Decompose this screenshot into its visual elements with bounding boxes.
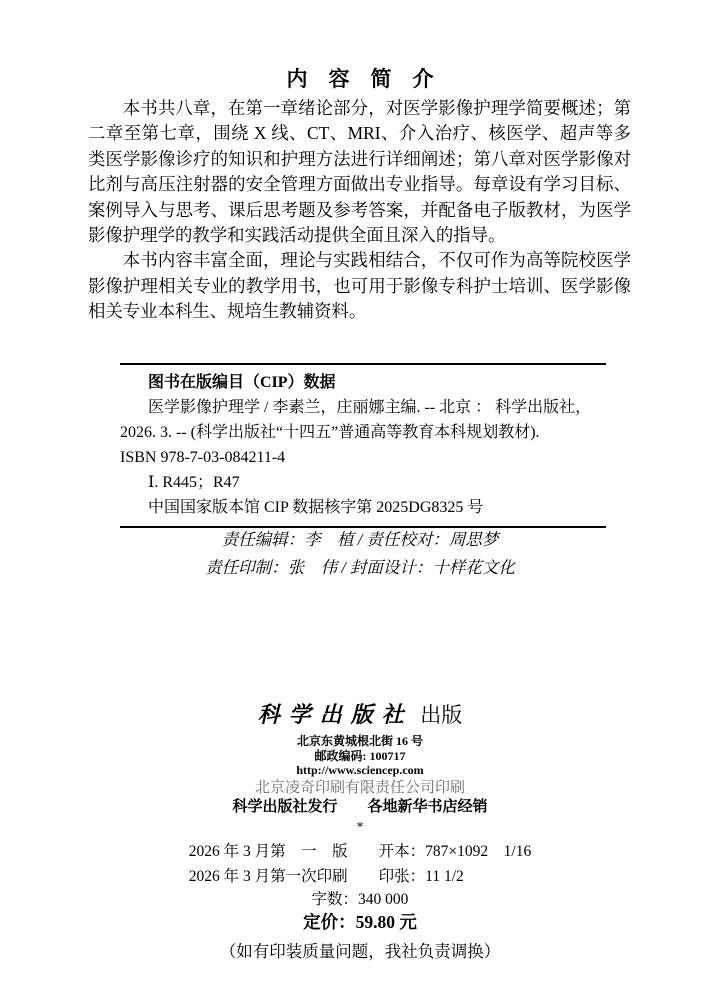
content-intro-title: 内 容 简 介 <box>0 63 720 93</box>
publisher-logo-line: 科学出版社 出版 <box>0 700 720 730</box>
separator-star: * <box>0 820 720 836</box>
cip-entry-line-1: 医学影像护理学 / 李素兰，庄丽娜主编. -- 北京 ： 科学出版社， <box>120 395 606 420</box>
editor-credit-line: 责任编辑：李 植 / 责任校对：周思梦 <box>0 526 720 554</box>
price-line: 定价：59.80 元 <box>0 911 720 934</box>
cip-record-number: 中国国家版本馆 CIP 数据核字第 2025DG8325 号 <box>120 495 606 520</box>
quality-note: （如有印装质量问题，我社负责调换） <box>0 941 720 963</box>
cip-heading: 图书在版编目（CIP）数据 <box>120 370 606 395</box>
cip-isbn: ISBN 978-7-03-084211-4 <box>120 445 606 470</box>
publisher-website: http://www.sciencep.com <box>0 763 720 777</box>
staff-credits: 责任编辑：李 植 / 责任校对：周思梦 责任印制：张 伟 / 封面设计：十样花文… <box>0 526 720 582</box>
intro-paragraph-2: 本书内容丰富全面，理论与实践相结合，不仅可作为高等院校医学影像护理相关专业的教学… <box>88 248 631 324</box>
intro-paragraph-1: 本书共八章，在第一章绪论部分，对医学影像护理学简要概述；第二章至第七章，围绕 X… <box>88 96 631 248</box>
printer-line: 北京凌奇印刷有限责任公司印刷 <box>0 779 720 798</box>
edition-lines: 2026 年 3 月第 一 版 开本：787×1092 1/16 2026 年 … <box>189 839 531 889</box>
cip-entry-line-2: 2026. 3. -- (科学出版社“十四五”普通高等教育本科规划教材). <box>120 420 606 445</box>
publisher-postcode: 邮政编码: 100717 <box>0 749 720 763</box>
publisher-logo: 科学出版社 <box>258 702 413 727</box>
printing-credit-line: 责任印制：张 伟 / 封面设计：十样花文化 <box>0 554 720 582</box>
word-count: 字数：340 000 <box>0 889 720 911</box>
edition-info: 2026 年 3 月第 一 版 开本：787×1092 1/16 2026 年 … <box>0 836 720 889</box>
content-intro-body: 本书共八章，在第一章绪论部分，对医学影像护理学简要概述；第二章至第七章，围绕 X… <box>88 96 631 325</box>
cip-classification: Ⅰ. R445；R47 <box>120 470 606 495</box>
publisher-suffix: 出版 <box>420 703 462 727</box>
publisher-address: 北京东黄城根北街 16 号 <box>0 734 720 749</box>
edition-line: 2026 年 3 月第 一 版 开本：787×1092 1/16 <box>189 839 531 864</box>
cip-data-block: 图书在版编目（CIP）数据 医学影像护理学 / 李素兰，庄丽娜主编. -- 北京… <box>120 363 606 528</box>
printing-line: 2026 年 3 月第一次印刷 印张：11 1/2 <box>189 864 531 889</box>
copyright-page: 内 容 简 介 本书共八章，在第一章绪论部分，对医学影像护理学简要概述；第二章至… <box>0 0 720 1000</box>
distribution-line: 科学出版社发行 各地新华书店经销 <box>0 798 720 817</box>
imprint-block: 科学出版社 出版 北京东黄城根北街 16 号 邮政编码: 100717 http… <box>0 700 720 963</box>
